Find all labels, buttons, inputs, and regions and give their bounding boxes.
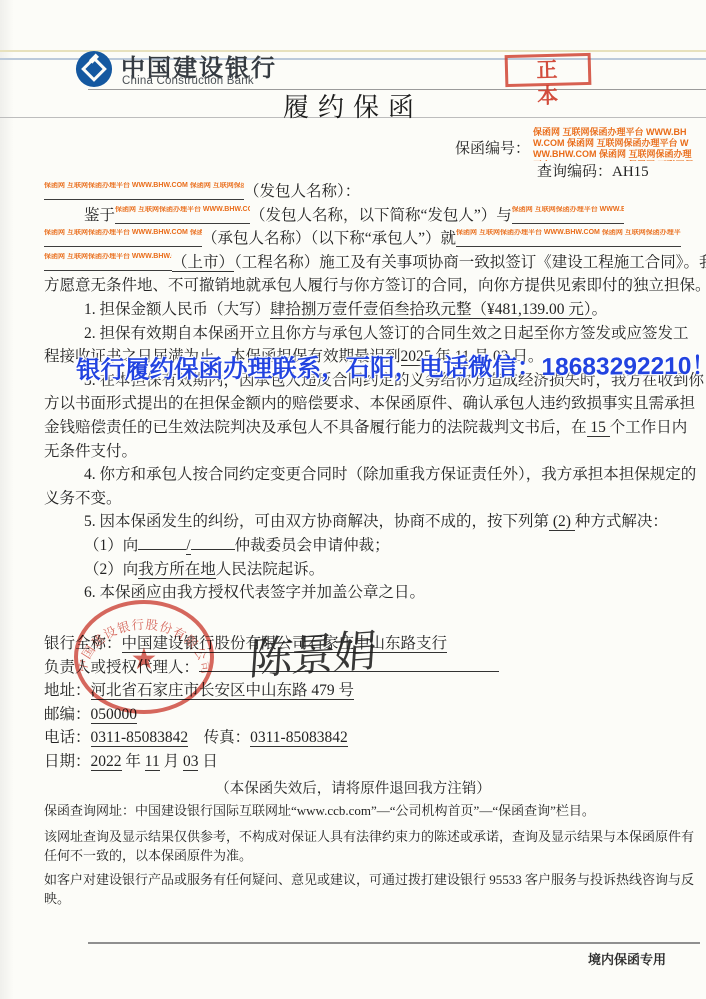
clause-4-text-2: 义务不变。 xyxy=(44,490,122,507)
disclaimer-note: 该网址查询及显示结果仅供参考，不构成对保证人具有法律约束力的陈述或承诺，查询及显… xyxy=(44,827,706,865)
seal-star-icon: ★ xyxy=(131,643,158,676)
recital-line-4: 方愿意无条件地、不可撤销地就承包人履行与你方签订的合同，向你方提供见索即付的独立… xyxy=(44,274,706,298)
date-year: 2022 xyxy=(91,753,122,771)
arbitration-suffix: 仲裁委员会申请仲裁； xyxy=(235,537,390,554)
recital-mid: （发包人名称，以下简称“发包人”）与 xyxy=(250,207,512,224)
query-code-label: 查询编码： xyxy=(537,164,612,180)
clause-3-text-2: 方以书面形式提出的在担保金额内的赔偿要求、本保函原件、确认承包人违约致损事实且需… xyxy=(44,395,695,412)
original-copy-stamp: 正 本 xyxy=(505,53,592,87)
bank-round-seal: 中国建设银行股份有限公司石家庄中山东路支行 ★ xyxy=(70,597,218,717)
project-watermark-2: 保函网 互联网保函办理平台 WWW.BHW.COM 保函网 互联网保函办理平台 … xyxy=(44,253,172,271)
date-month: 11 xyxy=(145,753,160,771)
clause-4-line-2: 义务不变。 xyxy=(44,487,706,511)
date-month-unit: 月 xyxy=(160,753,183,770)
clause-1-prefix: 1. 担保金额人民币（大写） xyxy=(84,301,270,318)
arbitration-prefix: （1）向 xyxy=(84,537,138,554)
letter-body: 保函网 互联网保函办理平台 WWW.BHW.COM 保函网 互联网保函办理平台 … xyxy=(44,180,706,605)
payment-days: 15 xyxy=(587,419,610,437)
project-fill-value: （上市） xyxy=(172,254,234,272)
recital-line-2: 保函网 互联网保函办理平台 WWW.BHW.COM 保函网 互联网保函办理平台 … xyxy=(44,227,706,251)
clause-4-line-1: 4. 你方和承包人按合同约定变更合同时（除加重我方保证责任外），我方承担本担保规… xyxy=(44,463,706,487)
clause-5-suffix: 种方式解决： xyxy=(575,513,668,530)
contractor-watermark-1: 保函网 互联网保函办理平台 WWW.BHW.COM 保函网 互联网保函办理平台 … xyxy=(512,206,624,224)
clause-3-line-4: 无条件支付。 xyxy=(44,440,706,464)
arbitration-blank-1 xyxy=(138,535,186,550)
footnotes: 保函查询网址：中国建设银行国际互联网址“www.ccb.com”—“公司机构首页… xyxy=(44,801,706,908)
fax-value: 0311-85083842 xyxy=(250,729,348,747)
guarantee-number-label: 保函编号： xyxy=(455,137,530,158)
phone-value: 0311-85083842 xyxy=(91,729,189,747)
document-title: 履约保函 xyxy=(0,87,706,124)
date-day: 03 xyxy=(183,753,199,771)
handwritten-signature: 陈景娟 xyxy=(248,639,375,672)
clause-3-line-3: 金钱赔偿责任的已生效法院判决及承包人不具备履行能力的法院裁判文书后，在 15 个… xyxy=(44,416,706,440)
date-label: 日期： xyxy=(44,753,91,770)
clause-5-sub-1: （1）向/仲裁委员会申请仲裁； xyxy=(44,534,706,558)
domestic-guarantee-label: 境内保函专用 xyxy=(88,949,700,968)
clause-5: 5. 因本保函发生的纠纷，可由双方协商解决，协商不成的，按下列第 (2) 种方式… xyxy=(44,510,706,534)
clause-1-suffix: 。 xyxy=(592,301,608,318)
scanned-guarantee-letter: 中国建设银行 China Construction Bank 正 本 履约保函 … xyxy=(0,0,706,999)
court-fill: 我方所在地 xyxy=(138,561,216,579)
addressee-suffix: （发包人名称）： xyxy=(244,183,360,200)
clause-3-text-5: 无条件支付。 xyxy=(44,443,137,460)
guarantee-amount: 肆拾捌万壹仟壹佰叁拾玖元整（¥481,139.00 元） xyxy=(270,301,592,319)
phone-fax-line: 电话：0311-85083842 传真：0311-85083842 xyxy=(44,726,706,750)
arbitration-blank-2 xyxy=(191,535,235,550)
addressee-watermark: 保函网 互联网保函办理平台 WWW.BHW.COM 保函网 互联网保函办理平台 … xyxy=(44,182,244,200)
project-watermark: 保函网 互联网保函办理平台 WWW.BHW.COM 保函网 互联网保函办理平台 … xyxy=(456,229,681,247)
contractor-watermark-2: 保函网 互联网保函办理平台 WWW.BHW.COM 保函网 互联网保函办理平台 … xyxy=(44,229,202,247)
footer-rule: 境内保函专用 xyxy=(88,942,700,968)
clause-2-text-1: 2. 担保有效期自本保函开立且你方与承包人签订的合同生效之日起至你方签发或应签发… xyxy=(84,325,689,342)
addressee-line: 保函网 互联网保函办理平台 WWW.BHW.COM 保函网 互联网保函办理平台 … xyxy=(44,180,706,204)
return-note: （本保函失效后，请将原件退回我方注销） xyxy=(0,777,706,798)
query-code-value: AH15 xyxy=(612,164,649,180)
blue-ad-watermark: 银行履约保函办理联系，石阳，电话微信：18683292210！ xyxy=(76,347,704,386)
query-url-note: 保函查询网址：中国建设银行国际互联网址“www.ccb.com”—“公司机构首页… xyxy=(44,801,706,820)
recital-line-3: 保函网 互联网保函办理平台 WWW.BHW.COM 保函网 互联网保函办理平台 … xyxy=(44,251,706,275)
court-prefix: （2）向 xyxy=(84,561,138,578)
guarantee-number-watermark: 保函网 互联网保函办理平台 WWW.BHW.COM 保函网 互联网保函办理平台 … xyxy=(533,127,695,161)
ccb-logo-icon xyxy=(75,50,113,88)
recital-project-text: （工程名称）施工及有关事项协商一致拟签订《建设工程施工合同》。我 xyxy=(234,254,706,271)
dispute-choice: (2) xyxy=(549,513,575,531)
recital-line-1: 鉴于保函网 互联网保函办理平台 WWW.BHW.COM 保函网 互联网保函办理平… xyxy=(44,204,706,228)
clause-4-text-1: 4. 你方和承包人按合同约定变更合同时（除加重我方保证责任外），我方承担本担保规… xyxy=(84,466,696,483)
date-day-unit: 日 xyxy=(198,753,217,770)
clause-3-line-2: 方以书面形式提出的在担保金额内的赔偿要求、本保函原件、确认承包人违约致损事实且需… xyxy=(44,392,706,416)
phone-label: 电话： xyxy=(44,729,91,746)
clause-5-prefix: 5. 因本保函发生的纠纷，可由双方协商解决，协商不成的，按下列第 xyxy=(84,513,549,530)
recital-contractor-text: （承包人名称）（以下称“承包人”）就 xyxy=(202,230,456,247)
bank-name-english: China Construction Bank xyxy=(122,75,254,87)
clause-5-sub-2: （2）向我方所在地人民法院起诉。 xyxy=(44,558,706,582)
date-line: 日期：2022 年 11 月 03 日 xyxy=(44,750,706,774)
clause-3-text-3: 金钱赔偿责任的已生效法院判决及承包人不具备履行能力的法院裁判文书后，在 xyxy=(44,419,587,436)
clause-1: 1. 担保金额人民币（大写）肆拾捌万壹仟壹佰叁拾玖元整（¥481,139.00 … xyxy=(44,298,706,322)
recital-tail: 方愿意无条件地、不可撤销地就承包人履行与你方签订的合同，向你方提供见索即付的独立… xyxy=(44,277,706,294)
recital-prefix: 鉴于 xyxy=(84,207,115,224)
fax-label: 传真： xyxy=(188,729,250,746)
clause-2-line-1: 2. 担保有效期自本保函开立且你方与承包人签订的合同生效之日起至你方签发或应签发… xyxy=(44,322,706,346)
hotline-note: 如客户对建设银行产品或服务有任何疑问、意见或建议，可通过拨打建设银行 95533… xyxy=(44,870,706,908)
date-year-unit: 年 xyxy=(122,753,145,770)
clause-3-text-4: 个工作日内 xyxy=(610,419,688,436)
query-code: 查询编码：AH15 xyxy=(537,160,649,181)
employer-name-watermark: 保函网 互联网保函办理平台 WWW.BHW.COM 保函网 互联网保函办理平台 … xyxy=(115,206,250,224)
court-suffix: 人民法院起诉。 xyxy=(216,561,325,578)
